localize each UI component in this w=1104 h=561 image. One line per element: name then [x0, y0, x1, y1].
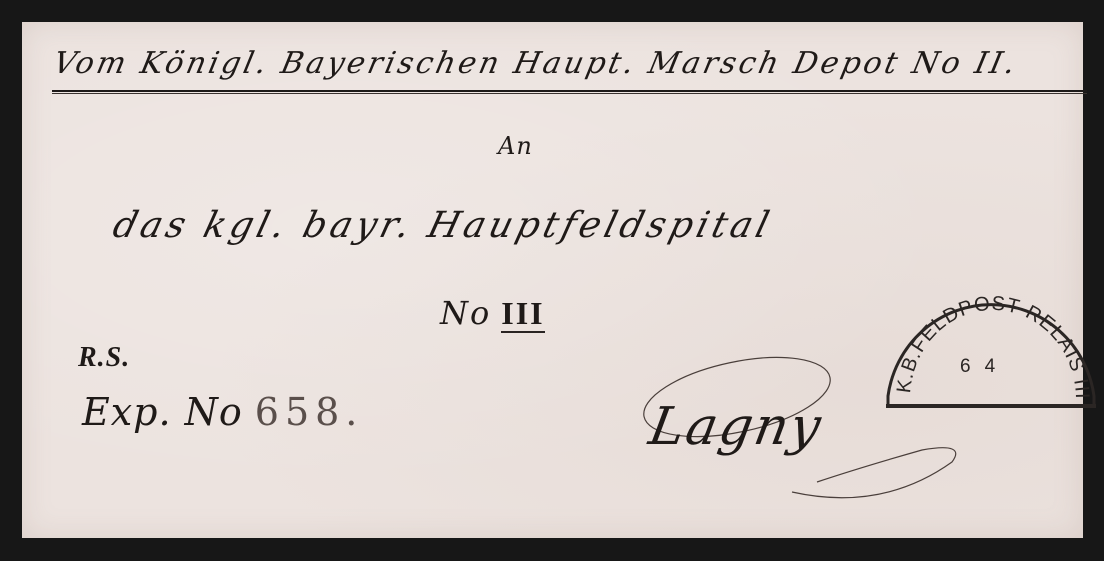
- postmark-frame: K.B.FELDPOST RELAIS III.: [880, 284, 1102, 414]
- unit-number: III: [501, 295, 544, 333]
- expedition-label: Exp. No: [82, 390, 243, 434]
- header-underline: [52, 90, 1087, 94]
- document-scan: Vom Königl. Bayerischen Haupt. Marsch De…: [0, 0, 1104, 561]
- unit-number-line: NoIII: [440, 294, 545, 332]
- rs-mark: R.S.: [78, 342, 130, 374]
- postmark-date: 64: [960, 356, 1009, 378]
- postmark-month: 4: [985, 356, 1010, 377]
- svg-text:K.B.FELDPOST RELAIS III.: K.B.FELDPOST RELAIS III.: [880, 284, 1093, 400]
- letter-cover: Vom Königl. Bayerischen Haupt. Marsch De…: [22, 22, 1083, 538]
- expedition-number: 658.: [255, 390, 364, 434]
- postmark-day: 6: [960, 356, 985, 377]
- destination-town: Lagny: [645, 397, 827, 457]
- unit-number-prefix: No: [440, 294, 491, 332]
- expedition-line: Exp. No658.: [82, 390, 363, 434]
- address-preposition: An: [498, 132, 533, 160]
- postmark-stamp: K.B.FELDPOST RELAIS III. 64: [880, 284, 1102, 414]
- addressee-line: das kgl. bayr. Hauptfeldspital: [109, 205, 777, 246]
- sender-header: Vom Königl. Bayerischen Haupt. Marsch De…: [50, 46, 1021, 81]
- postmark-arc-text: K.B.FELDPOST RELAIS III.: [880, 284, 1093, 400]
